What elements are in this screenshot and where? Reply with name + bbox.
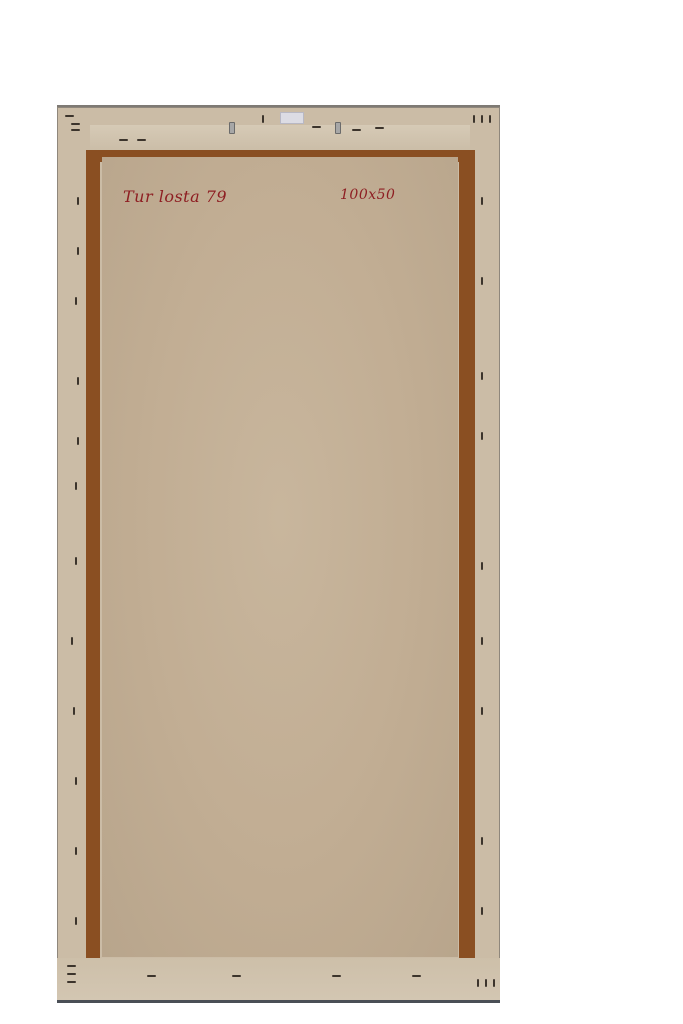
tack-icon	[481, 432, 483, 440]
tack-icon	[75, 777, 77, 785]
tack-icon	[262, 115, 264, 123]
tack-icon	[489, 115, 491, 123]
tack-icon	[65, 115, 74, 117]
canvas-bottom-fold	[57, 958, 500, 1000]
tack-icon	[481, 637, 483, 645]
tack-icon	[147, 975, 156, 977]
canvas-reverse-panel	[102, 157, 458, 957]
tack-icon	[75, 847, 77, 855]
canvas-back: Tur losta 79 100x50	[57, 105, 500, 1003]
tack-icon	[477, 979, 479, 987]
tack-icon	[312, 126, 321, 128]
tack-icon	[77, 377, 79, 385]
tack-icon	[481, 907, 483, 915]
tack-icon	[481, 837, 483, 845]
tack-icon	[67, 973, 76, 975]
inscription-dimensions: 100x50	[340, 187, 395, 203]
tack-icon	[481, 115, 483, 123]
tack-icon	[332, 975, 341, 977]
tack-icon	[493, 979, 495, 987]
tack-icon	[77, 247, 79, 255]
tack-icon	[67, 965, 76, 967]
tack-icon	[485, 979, 487, 987]
tack-icon	[232, 975, 241, 977]
tack-icon	[481, 197, 483, 205]
inventory-label	[280, 112, 304, 124]
tack-icon	[75, 917, 77, 925]
tack-icon	[77, 197, 79, 205]
tack-icon	[481, 277, 483, 285]
tack-icon	[77, 437, 79, 445]
tack-icon	[71, 637, 73, 645]
tack-icon	[75, 482, 77, 490]
tack-icon	[481, 707, 483, 715]
tack-icon	[481, 372, 483, 380]
hanging-hook-icon	[335, 122, 341, 134]
inscription-title-date: Tur losta 79	[123, 187, 227, 206]
tack-icon	[137, 139, 146, 141]
tack-icon	[73, 707, 75, 715]
tack-icon	[481, 562, 483, 570]
tack-icon	[375, 127, 384, 129]
tack-icon	[473, 115, 475, 123]
tack-icon	[71, 123, 80, 125]
hanging-hook-icon	[229, 122, 235, 134]
tack-icon	[71, 129, 80, 131]
tack-icon	[75, 297, 77, 305]
tack-icon	[67, 981, 76, 983]
tack-icon	[412, 975, 421, 977]
tack-icon	[119, 139, 128, 141]
tack-icon	[352, 129, 361, 131]
tack-icon	[75, 557, 77, 565]
